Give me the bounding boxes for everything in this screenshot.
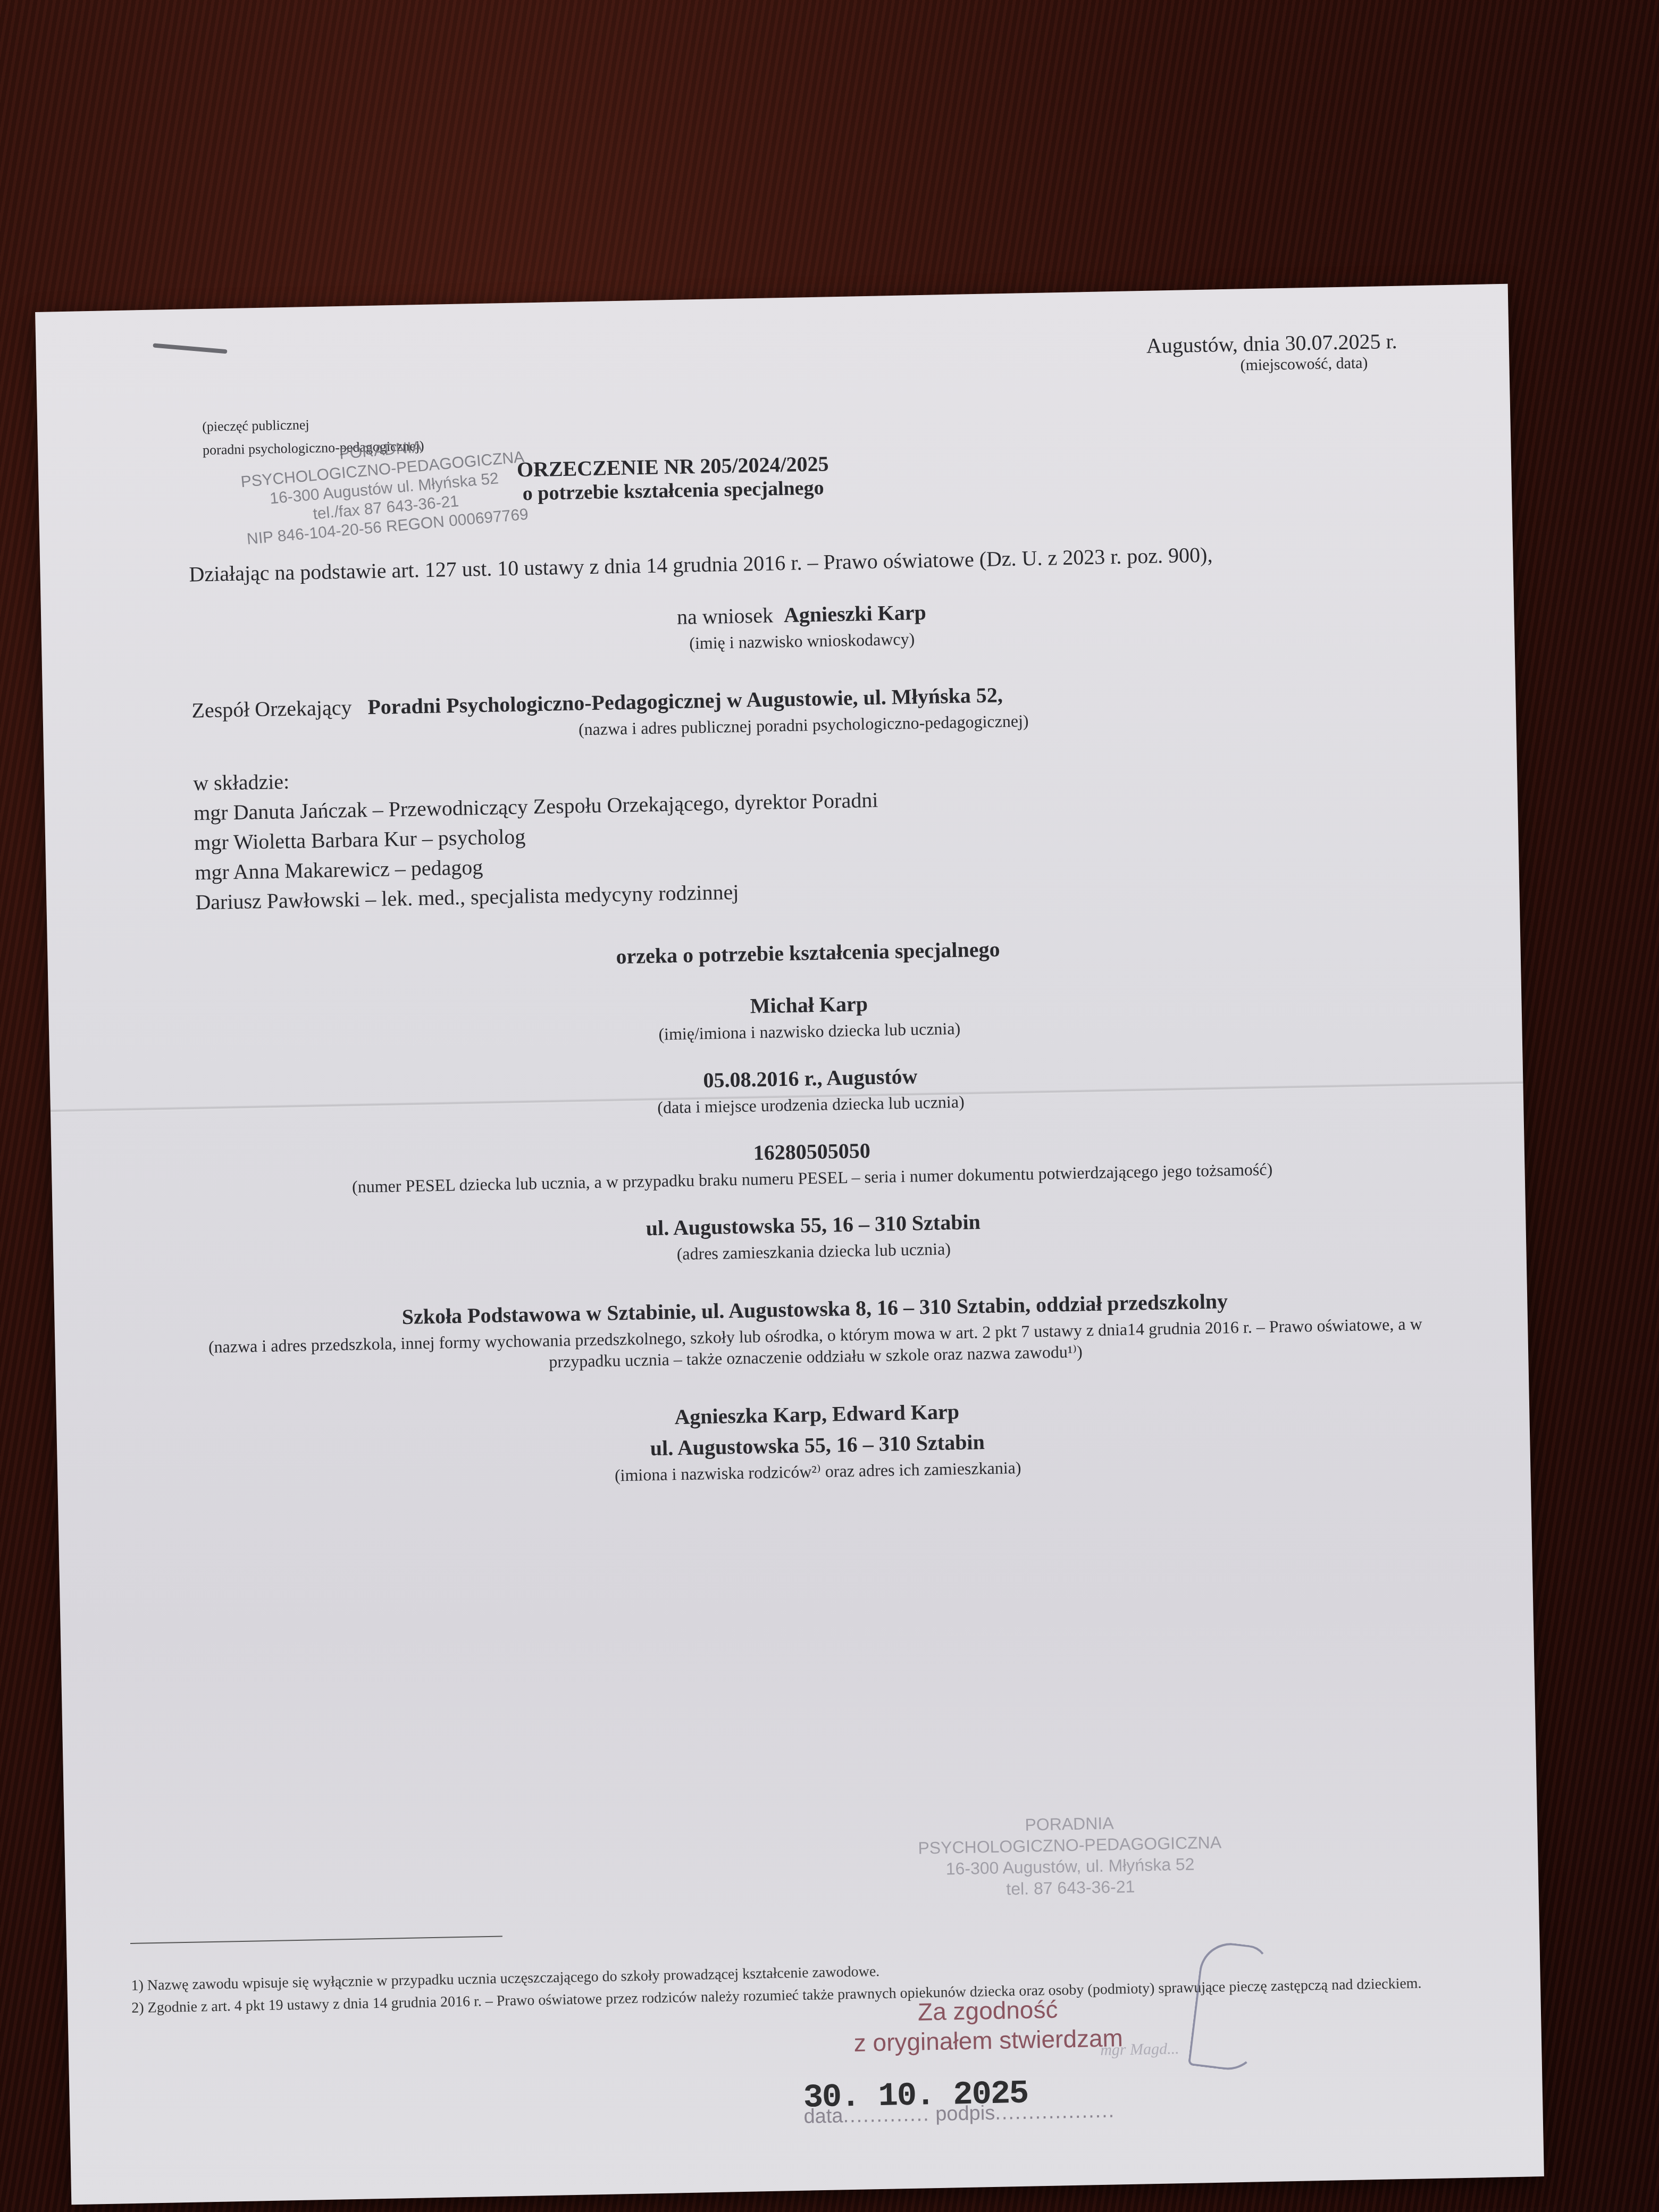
applicant-name: Agnieszki Karp [783, 600, 926, 627]
team-prefix: Zespół Orzekający [191, 696, 352, 723]
applicant-prefix: na wniosek [676, 603, 773, 629]
place-date-hint: (miejscowość, data) [1210, 354, 1397, 375]
date-label: data [803, 2105, 843, 2127]
footer-clinic-stamp: PORADNIA PSYCHOLOGICZNO-PEDAGOGICZNA 16-… [883, 1809, 1257, 1901]
footnote-divider [130, 1936, 502, 1944]
place-date: Augustów, dnia 30.07.2025 r. (miejscowoś… [1146, 329, 1397, 376]
document-sheet: Augustów, dnia 30.07.2025 r. (miejscowoś… [35, 284, 1544, 2205]
document-body: Działając na podstawie art. 127 ust. 10 … [189, 535, 1429, 1494]
document-title-block: ORZECZENIE NR 205/2024/2025 o potrzebie … [516, 451, 829, 505]
signer-name: mgr Magd... [1100, 2040, 1179, 2059]
signature-label: podpis [935, 2102, 995, 2125]
team-members: w składzie: mgr Danuta Jańczak – Przewod… [193, 745, 1419, 917]
staple-icon [153, 343, 227, 354]
